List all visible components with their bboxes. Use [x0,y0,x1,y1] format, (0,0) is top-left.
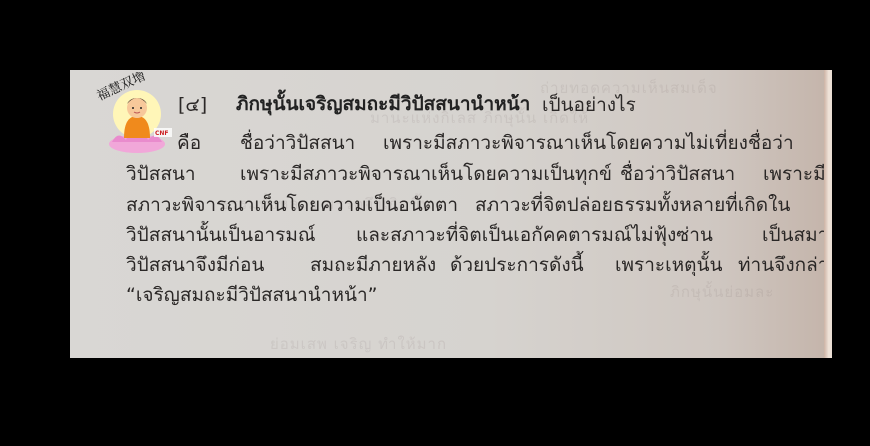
text-segment: ท่านจึงกล่าวว่า [738,250,832,280]
text-segment: เพราะเหตุนั้น [615,250,722,280]
section-title-tail: เป็นอย่างไร [542,90,636,120]
show-through-text: ภิกษุนั้นย่อมละ [670,280,774,304]
text-segment: วิปัสสนาจึงมีก่อน [126,250,264,280]
show-through-text: ย่อมเสพ เจริญ ทำให้มาก [270,332,447,356]
book-page: ถ่ายทอดความเห็นสมเด็จ มานะแห่งกิเลส ภิกษ… [70,70,832,358]
text-segment: ชื่อว่าวิปัสสนา [620,159,735,189]
text-segment: เป็นสมาธิ [762,220,832,250]
svg-text:CNF: CNF [155,130,169,137]
section-number: [๔] [178,90,207,120]
text-segment: เพราะมีสภาวะพิจารณาเห็นโดยความไม่เที่ยง [383,128,748,158]
text-segment: และสภาวะที่จิตเป็นเอกัคคตารมณ์ไม่ฟุ้งซ่า… [356,220,713,250]
text-segment: สมถะมีภายหลัง [310,250,436,280]
text-segment: ชื่อว่าวิปัสสนา [240,128,355,158]
text-segment: ด้วยประการดังนี้ [450,250,584,280]
text-segment: เพราะมี [763,159,826,189]
text-segment: วิปัสสนา [126,159,196,189]
buddha-logo-icon: 福慧双增 CNF [94,72,180,156]
text-segment: ชื่อว่า [748,128,794,158]
text-segment: สภาวะที่จิตปล่อยธรรมทั้งหลายที่เกิดใน [475,190,790,220]
text-segment: คือ [177,128,201,158]
text-segment: สภาวะพิจารณาเห็นโดยความเป็นอนัตตา [126,190,458,220]
watermark-logo: 福慧双增 CNF [94,72,180,156]
text-segment: วิปัสสนานั้นเป็นอารมณ์ [126,220,316,250]
text-segment: เพราะมีสภาวะพิจารณาเห็นโดยความเป็นทุกข์ [240,159,612,189]
section-title: ภิกษุนั้นเจริญสมถะมีวิปัสสนานำหน้า [236,89,530,119]
quoted-conclusion: “เจริญสมถะมีวิปัสสนานำหน้า” [126,280,377,310]
